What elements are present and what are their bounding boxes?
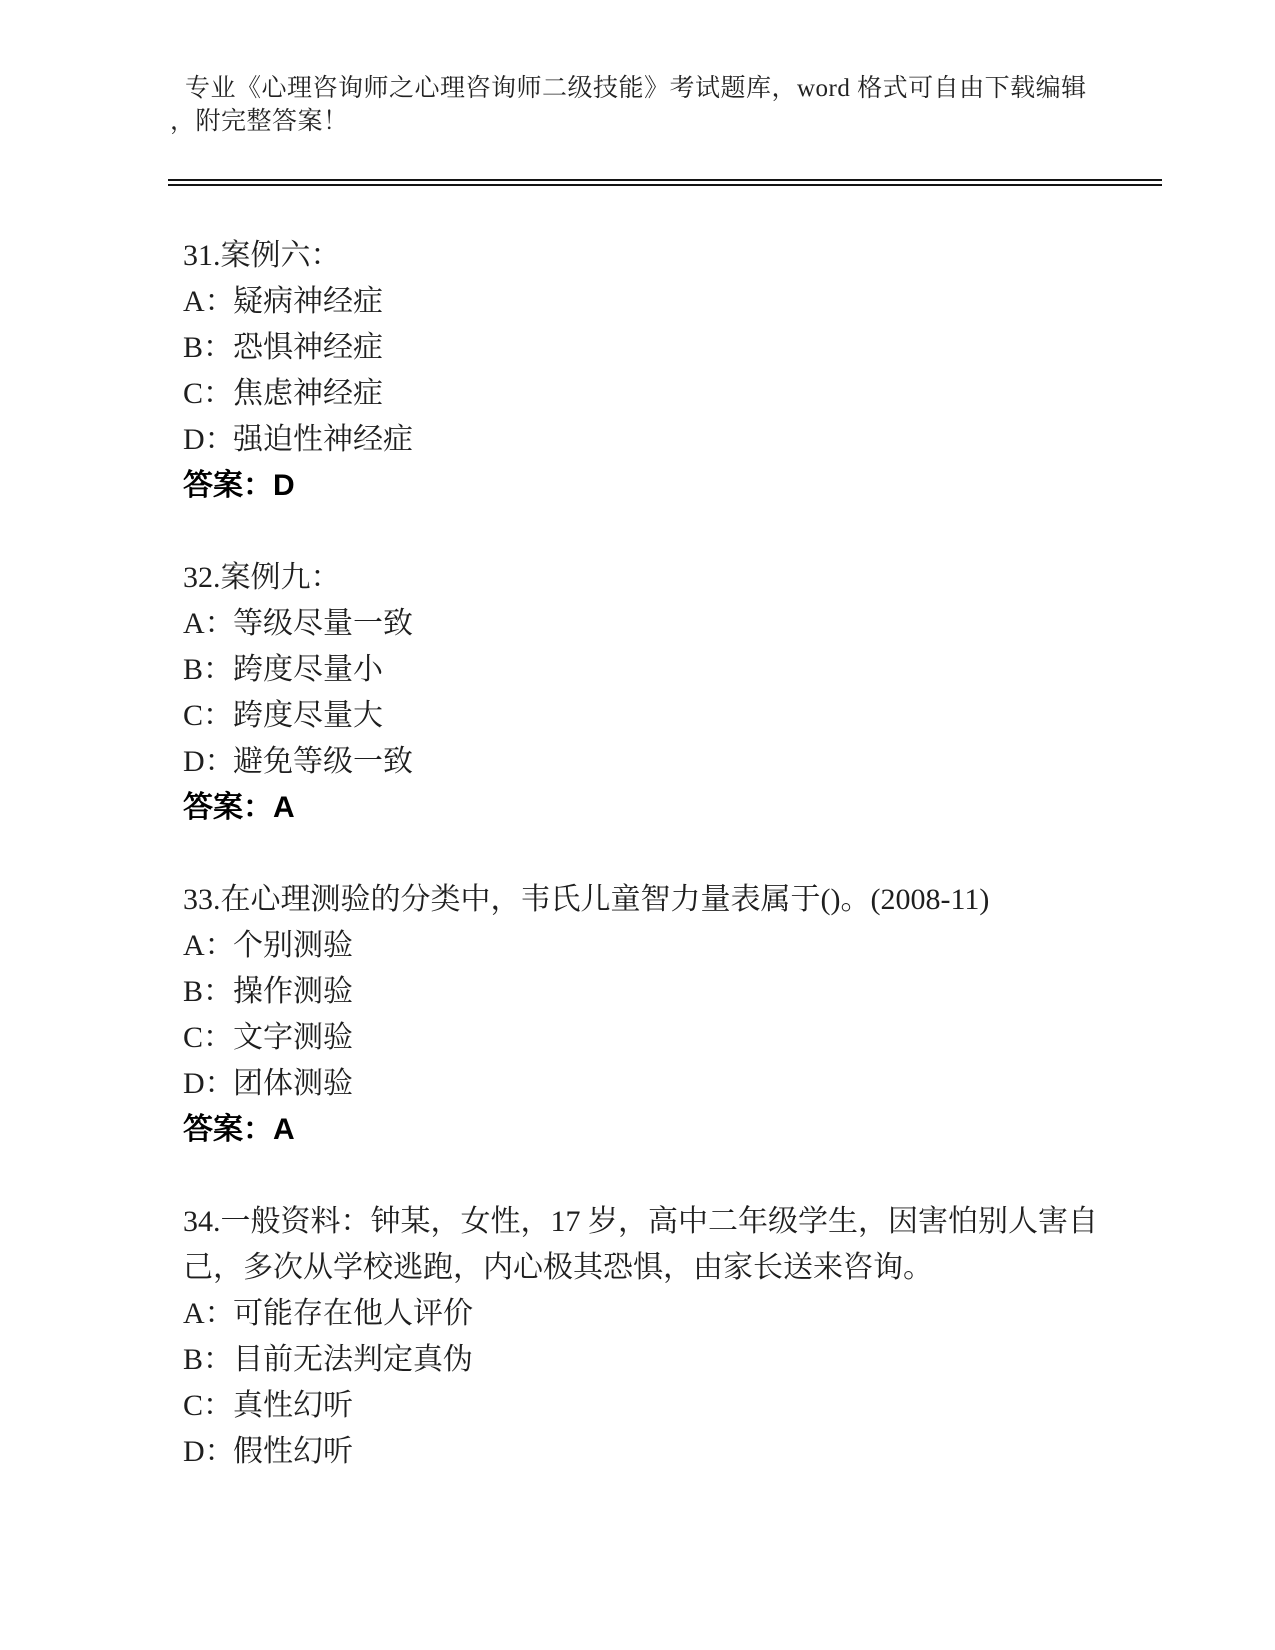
option-row-d: D：避免等级一致 — [183, 739, 1168, 785]
question-title-line-1: 34.一般资料：钟某，女性，17 岁，高中二年级学生，因害怕别人害自 — [183, 1199, 1168, 1245]
option-text: 疑病神经症 — [233, 285, 383, 318]
questions-area: 31.案例六： A：疑病神经症 B：恐惧神经症 C：焦虑神经症 D：强迫性神经症… — [183, 233, 1168, 1475]
answer-value: D — [273, 469, 295, 502]
question-32: 32.案例九： A：等级尽量一致 B：跨度尽量小 C：跨度尽量大 D：避免等级一… — [183, 555, 1168, 831]
option-label: A： — [183, 1291, 233, 1337]
option-label: A： — [183, 923, 233, 969]
option-label: B： — [183, 325, 233, 371]
option-text: 恐惧神经症 — [233, 331, 383, 364]
option-text: 操作测验 — [233, 975, 353, 1008]
option-row-b: B：跨度尽量小 — [183, 647, 1168, 693]
document-page: 专业《心理咨询师之心理咨询师二级技能》考试题库，word 格式可自由下载编辑 ，… — [0, 0, 1275, 1650]
option-label: A： — [183, 279, 233, 325]
option-label: B： — [183, 1337, 233, 1383]
option-label: B： — [183, 647, 233, 693]
option-row-a: A：等级尽量一致 — [183, 601, 1168, 647]
option-text: 个别测验 — [233, 929, 353, 962]
answer-value: A — [273, 791, 295, 824]
header-divider-double-rule — [168, 179, 1162, 186]
option-text: 真性幻听 — [233, 1389, 353, 1422]
answer-label: 答案： — [183, 463, 273, 509]
option-text: 焦虑神经症 — [233, 377, 383, 410]
option-label: D： — [183, 1061, 233, 1107]
option-text: 等级尽量一致 — [233, 607, 413, 640]
option-text: 团体测验 — [233, 1067, 353, 1100]
header-line-2: ，附完整答案！ — [170, 105, 1110, 138]
answer-label: 答案： — [183, 785, 273, 831]
option-text: 假性幻听 — [233, 1435, 353, 1468]
option-text: 可能存在他人评价 — [233, 1297, 473, 1330]
option-row-a: A：可能存在他人评价 — [183, 1291, 1168, 1337]
option-label: C： — [183, 1015, 233, 1061]
answer-row: 答案：A — [183, 1107, 1168, 1153]
question-31: 31.案例六： A：疑病神经症 B：恐惧神经症 C：焦虑神经症 D：强迫性神经症… — [183, 233, 1168, 509]
question-title: 31.案例六： — [183, 233, 1168, 279]
option-text: 跨度尽量小 — [233, 653, 383, 686]
option-text: 强迫性神经症 — [233, 423, 413, 456]
question-title: 32.案例九： — [183, 555, 1168, 601]
answer-row: 答案：D — [183, 463, 1168, 509]
option-row-d: D：假性幻听 — [183, 1429, 1168, 1475]
question-34: 34.一般资料：钟某，女性，17 岁，高中二年级学生，因害怕别人害自 己，多次从… — [183, 1199, 1168, 1475]
option-row-a: A：疑病神经症 — [183, 279, 1168, 325]
option-row-b: B：恐惧神经症 — [183, 325, 1168, 371]
answer-row: 答案：A — [183, 785, 1168, 831]
option-row-c: C：文字测验 — [183, 1015, 1168, 1061]
option-label: D： — [183, 1429, 233, 1475]
option-label: B： — [183, 969, 233, 1015]
option-label: C： — [183, 371, 233, 417]
option-label: D： — [183, 417, 233, 463]
option-row-c: C：真性幻听 — [183, 1383, 1168, 1429]
option-row-c: C：跨度尽量大 — [183, 693, 1168, 739]
option-row-d: D：团体测验 — [183, 1061, 1168, 1107]
option-row-d: D：强迫性神经症 — [183, 417, 1168, 463]
option-label: D： — [183, 739, 233, 785]
option-row-c: C：焦虑神经症 — [183, 371, 1168, 417]
option-text: 目前无法判定真伪 — [233, 1343, 473, 1376]
option-label: A： — [183, 601, 233, 647]
header-line-1: 专业《心理咨询师之心理咨询师二级技能》考试题库，word 格式可自由下载编辑 — [170, 72, 1110, 105]
option-row-a: A：个别测验 — [183, 923, 1168, 969]
document-header: 专业《心理咨询师之心理咨询师二级技能》考试题库，word 格式可自由下载编辑 ，… — [170, 72, 1110, 138]
question-title: 33.在心理测验的分类中，韦氏儿童智力量表属于()。(2008-11) — [183, 877, 1168, 923]
question-33: 33.在心理测验的分类中，韦氏儿童智力量表属于()。(2008-11) A：个别… — [183, 877, 1168, 1153]
option-text: 避免等级一致 — [233, 745, 413, 778]
option-label: C： — [183, 1383, 233, 1429]
option-row-b: B：操作测验 — [183, 969, 1168, 1015]
option-row-b: B：目前无法判定真伪 — [183, 1337, 1168, 1383]
option-text: 文字测验 — [233, 1021, 353, 1054]
answer-label: 答案： — [183, 1107, 273, 1153]
question-title-line-2: 己，多次从学校逃跑，内心极其恐惧，由家长送来咨询。 — [183, 1245, 1168, 1291]
answer-value: A — [273, 1113, 295, 1146]
option-label: C： — [183, 693, 233, 739]
option-text: 跨度尽量大 — [233, 699, 383, 732]
